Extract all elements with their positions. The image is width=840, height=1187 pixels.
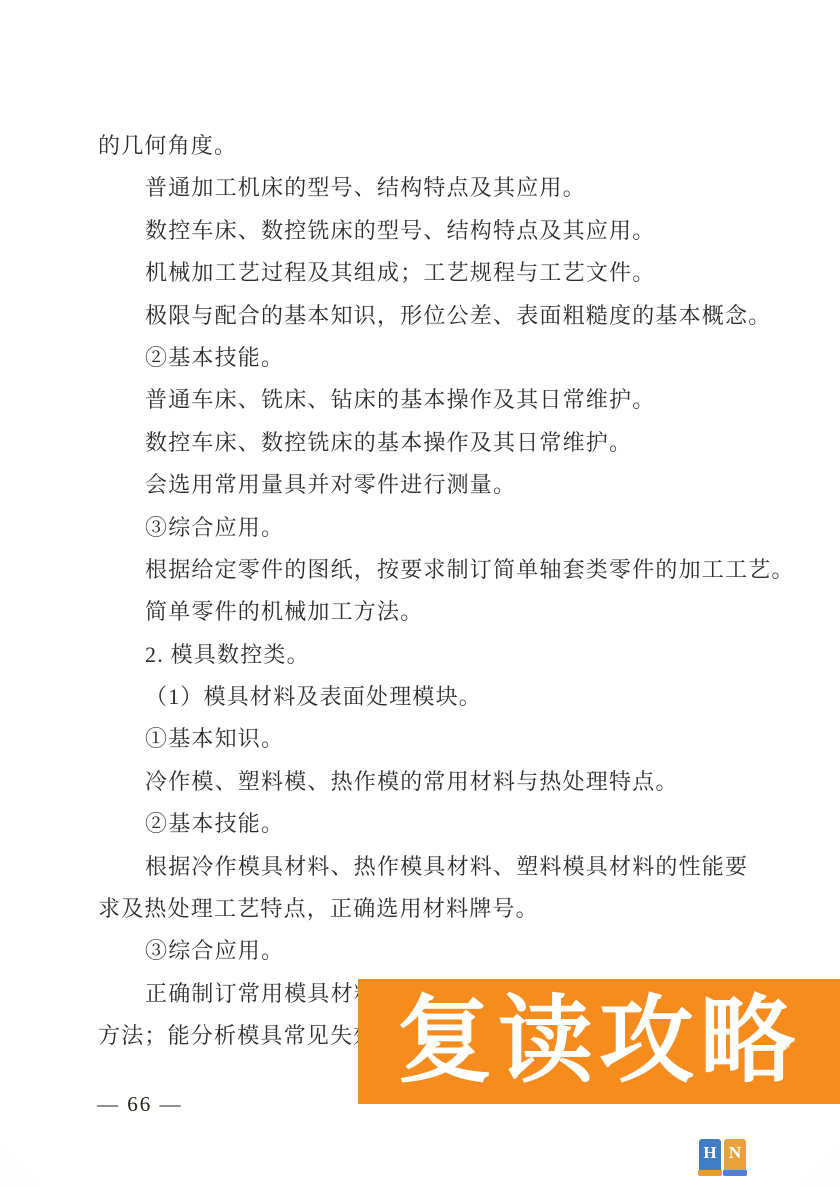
text-line: 极限与配合的基本知识，形位公差、表面粗糙度的基本概念。 [98, 295, 750, 337]
text-line: ①基本知识。 [98, 718, 750, 760]
logo-strip-blue [723, 1170, 747, 1176]
logo-letter-n: N [729, 1139, 741, 1167]
logo-tile-h: H [699, 1139, 721, 1176]
text-line: 冷作模、塑料模、热作模的常用材料与热处理特点。 [98, 761, 750, 803]
logo-tile-n: N [724, 1139, 746, 1176]
page-number: — 66 — [97, 1092, 183, 1117]
text-line: 求及热处理工艺特点，正确选用材料牌号。 [98, 888, 750, 930]
text-line: 数控车床、数控铣床的型号、结构特点及其应用。 [98, 210, 750, 252]
text-line: （1）模具材料及表面处理模块。 [98, 676, 750, 718]
text-line: ③综合应用。 [98, 507, 750, 549]
text-line: 会选用常用量具并对零件进行测量。 [98, 464, 750, 506]
text-line: 根据冷作模具材料、热作模具材料、塑料模具材料的性能要 [98, 846, 750, 888]
text-line: 普通加工机床的型号、结构特点及其应用。 [98, 167, 750, 209]
text-line: 机械加工艺过程及其组成；工艺规程与工艺文件。 [98, 252, 750, 294]
text-line: 数控车床、数控铣床的基本操作及其日常维护。 [98, 422, 750, 464]
banner-title: 复读攻略 [397, 994, 801, 1089]
text-line: 2. 模具数控类。 [98, 634, 750, 676]
text-line: 普通车床、铣床、钻床的基本操作及其日常维护。 [98, 379, 750, 421]
text-line: ③综合应用。 [98, 930, 750, 972]
text-line: 简单零件的机械加工方法。 [98, 591, 750, 633]
text-line: 根据给定零件的图纸，按要求制订简单轴套类零件的加工工艺。 [98, 549, 750, 591]
logo-letter-h: H [703, 1139, 716, 1167]
text-line: ②基本技能。 [98, 337, 750, 379]
watermark-banner: 复读攻略 [358, 979, 840, 1104]
logo-strip-orange [698, 1170, 722, 1176]
text-line: 的几何角度。 [98, 125, 750, 167]
document-page: 的几何角度。 普通加工机床的型号、结构特点及其应用。 数控车床、数控铣床的型号、… [0, 0, 840, 1187]
body-text: 的几何角度。 普通加工机床的型号、结构特点及其应用。 数控车床、数控铣床的型号、… [98, 125, 750, 1058]
text-line: ②基本技能。 [98, 803, 750, 845]
hn-logo-icon: H N [699, 1139, 749, 1177]
